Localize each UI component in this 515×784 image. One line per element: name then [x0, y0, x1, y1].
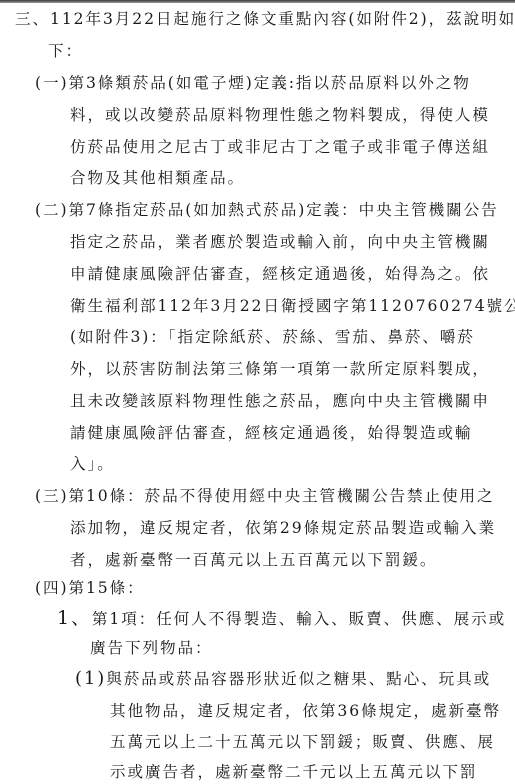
item-marker: (一)	[35, 73, 68, 93]
item-2-line-2: 指定之菸品，業者應於製造或輸入前，向中央主管機關	[70, 232, 490, 252]
item-2-line-7: 且未改變該原料物理性態之菸品，應向中央主管機關申	[70, 391, 490, 411]
section-text: 112年3月22日起施行之條文重點內容(如附件2)，茲說明如	[50, 10, 515, 28]
subsubitem-marker: (1)	[75, 669, 106, 689]
subitem-1-line-1: 1、第1項：任何人不得製造、輸入、販賣、供應、展示或	[57, 608, 506, 629]
item-marker: (四)	[35, 578, 68, 598]
item-1-line-1: (一)第3條類菸品(如電子煙)定義:指以菸品原料以外之物	[35, 73, 471, 93]
item-text: 第15條：	[68, 579, 144, 597]
subitem-text: 第1項：任何人不得製造、輸入、販賣、供應、展示或	[92, 610, 506, 628]
item-1-line-4: 合物及其他相類產品。	[70, 168, 245, 188]
section-text-cont: 下：	[48, 42, 83, 60]
item-marker: (二)	[35, 200, 68, 220]
item-text: 第10條：菸品不得使用經中央主管機關公告禁止使用之	[68, 487, 494, 505]
item-4-line-1: (四)第15條：	[35, 578, 145, 598]
item-text: 第7條指定菸品(如加熱式菸品)定義：中央主管機關公告	[68, 201, 498, 219]
item-1-line-2: 料，或以改變菸品原料物理性態之物料製成，得使人模	[70, 105, 490, 125]
item-text: 第3條類菸品(如電子煙)定義:指以菸品原料以外之物	[68, 74, 470, 92]
item-marker: (三)	[35, 486, 68, 506]
item-2-line-8: 請健康風險評估審查，經核定通過後，始得製造或輸	[70, 423, 472, 443]
section-heading-line-2: 下：	[48, 41, 83, 61]
item-2-line-4: 衛生福利部112年3月22日衛授國字第1120760274號公告	[70, 296, 515, 316]
subsubitem-text: 與菸品或菸品容器形狀近似之糖果、點心、玩具或	[106, 670, 491, 688]
subsubitem-1-line-4: 示或廣告者，處新臺幣二千元以上五萬元以下罰	[110, 762, 477, 782]
section-heading-line-1: 三、112年3月22日起施行之條文重點內容(如附件2)，茲說明如	[15, 9, 515, 29]
subitem-marker: 1、	[57, 608, 92, 628]
item-3-line-1: (三)第10條：菸品不得使用經中央主管機關公告禁止使用之	[35, 486, 494, 506]
subsubitem-1-line-1: (1)與菸品或菸品容器形狀近似之糖果、點心、玩具或	[75, 669, 491, 689]
window-top-edge	[0, 0, 515, 3]
item-2-line-6: 外，以菸害防制法第三條第一項第一款所定原料製成，	[70, 359, 490, 379]
item-2-line-3: 申請健康風險評估審查，經核定通過後，始得為之。依	[70, 264, 490, 284]
subitem-1-line-2: 廣告下列物品：	[90, 638, 212, 658]
section-marker: 三、	[15, 9, 50, 29]
subsubitem-1-line-2: 其他物品，違反規定者，依第36條規定，處新臺幣	[110, 701, 501, 721]
item-2-line-1: (二)第7條指定菸品(如加熱式菸品)定義：中央主管機關公告	[35, 200, 499, 220]
subsubitem-1-line-3: 五萬元以上二十五萬元以下罰鍰；販賣、供應、展	[110, 732, 495, 752]
item-3-line-3: 者，處新臺幣一百萬元以上五百萬元以下罰鍰。	[70, 550, 437, 570]
item-3-line-2: 添加物，違反規定者，依第29條規定菸品製造或輸入業	[70, 518, 496, 538]
item-2-line-5: (如附件3)：「指定除紙菸、菸絲、雪茄、鼻菸、嚼菸	[70, 327, 475, 347]
item-1-line-3: 仿菸品使用之尼古丁或非尼古丁之電子或非電子傳送組	[70, 137, 490, 157]
item-2-line-9: 入」。	[70, 454, 115, 474]
